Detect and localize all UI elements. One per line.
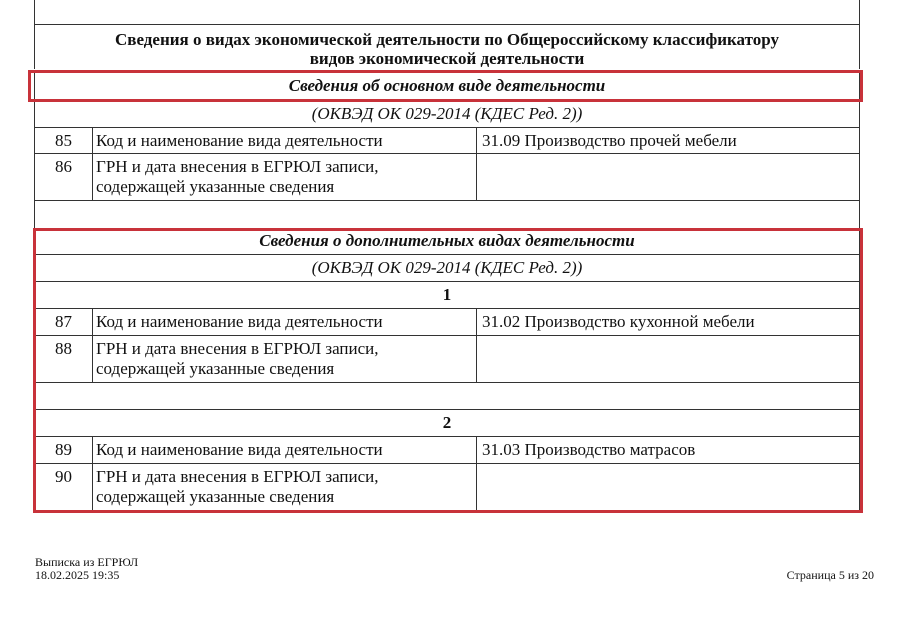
row-label-line2: содержащей указанные сведения [96,177,476,197]
row-value [477,336,859,382]
row-label: ГРН и дата внесения в ЕГРЮЛ записи, соде… [93,154,477,200]
group-index-text: 1 [443,285,452,304]
classifier-text: (ОКВЭД ОК 029-2014 (КДЕС Ред. 2)) [312,104,583,123]
section-title-line2: видов экономической деятельности [35,49,859,68]
row-label-line1: ГРН и дата внесения в ЕГРЮЛ записи, [96,339,476,359]
group-index: 2 [34,410,860,436]
row-value: 31.02 Производство кухонной мебели [477,309,859,335]
additional-activities-heading-text: Сведения о дополнительных видах деятельн… [259,231,634,250]
main-classifier: (ОКВЭД ОК 029-2014 (КДЕС Ред. 2)) [34,101,860,127]
section-title-line1: Сведения о видах экономической деятельно… [35,30,859,49]
row-value: 31.03 Производство матрасов [477,437,859,463]
main-activity-heading-text: Сведения об основном виде деятельности [289,76,606,95]
row-label-line2: содержащей указанные сведения [96,359,476,379]
table-row: 88 ГРН и дата внесения в ЕГРЮЛ записи, с… [34,336,860,382]
row-label: ГРН и дата внесения в ЕГРЮЛ записи, соде… [93,464,477,510]
main-activity-heading: Сведения об основном виде деятельности [34,73,860,100]
row-label: ГРН и дата внесения в ЕГРЮЛ записи, соде… [93,336,477,382]
classifier-text: (ОКВЭД ОК 029-2014 (КДЕС Ред. 2)) [312,258,583,277]
row-number: 85 [35,128,93,153]
footer-page-number: Страница 5 из 20 [787,569,874,582]
row-label: Код и наименование вида деятельности [93,128,477,153]
footer-datetime: 18.02.2025 19:35 [35,569,138,582]
additional-activities-heading: Сведения о дополнительных видах деятельн… [34,229,860,254]
table-row: 86 ГРН и дата внесения в ЕГРЮЛ записи, с… [34,154,860,200]
row-value: 31.09 Производство прочей мебели [477,128,859,153]
table-row: 90 ГРН и дата внесения в ЕГРЮЛ записи, с… [34,464,860,510]
table-row: 85 Код и наименование вида деятельности … [34,128,860,153]
row-number: 88 [35,336,93,382]
row-number: 86 [35,154,93,200]
row-number: 90 [35,464,93,510]
row-number: 87 [35,309,93,335]
row-label-line1: ГРН и дата внесения в ЕГРЮЛ записи, [96,157,476,177]
row-label-line1: ГРН и дата внесения в ЕГРЮЛ записи, [96,467,476,487]
table-row: 87 Код и наименование вида деятельности … [34,309,860,335]
row-value [477,464,859,510]
row-value [477,154,859,200]
section-title: Сведения о видах экономической деятельно… [34,25,860,69]
group-index: 1 [34,282,860,308]
row-label-line2: содержащей указанные сведения [96,487,476,507]
footer-left: Выписка из ЕГРЮЛ 18.02.2025 19:35 [35,556,138,582]
empty-row [34,0,860,24]
group-index-text: 2 [443,413,452,432]
row-label: Код и наименование вида деятельности [93,437,477,463]
additional-classifier: (ОКВЭД ОК 029-2014 (КДЕС Ред. 2)) [34,255,860,281]
document-page: Сведения о видах экономической деятельно… [0,0,920,628]
empty-row [34,383,860,409]
table-row: 89 Код и наименование вида деятельности … [34,437,860,463]
row-number: 89 [35,437,93,463]
page-number-text: Страница 5 из 20 [787,568,874,582]
row-label: Код и наименование вида деятельности [93,309,477,335]
empty-row [34,201,860,229]
